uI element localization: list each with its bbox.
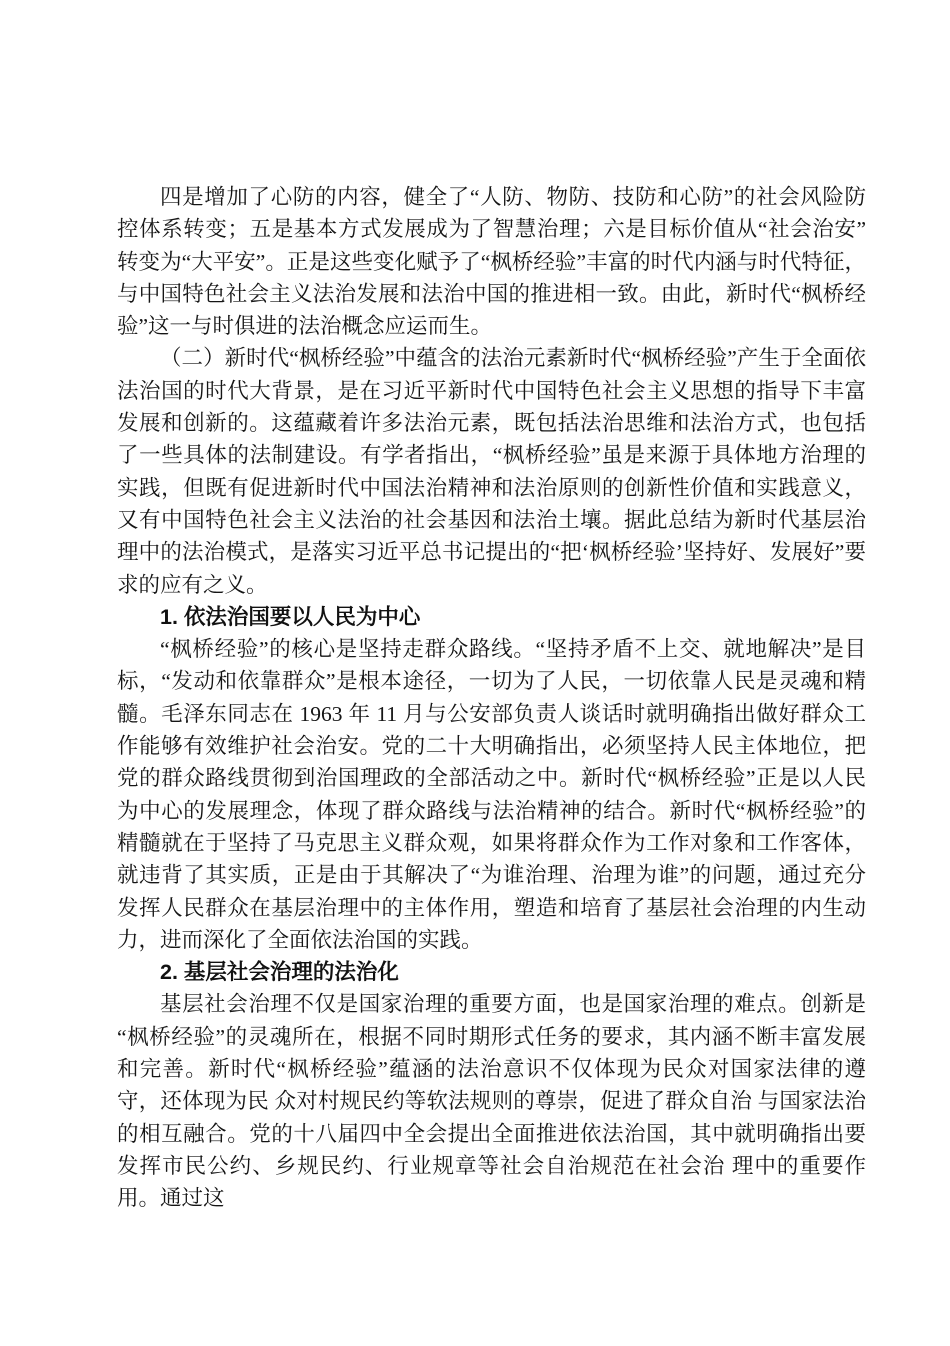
document-page: 四是增加了心防的内容，健全了“人防、物防、技防和心防”的社会风险防控体系转变；五… bbox=[0, 0, 950, 1346]
paragraph: “枫桥经验”的核心是坚持走群众路线。“坚持矛盾不上交、就地解决”是目标，“发动和… bbox=[117, 633, 866, 956]
section-heading: 2. 基层社会治理的法治化 bbox=[117, 956, 866, 988]
section-heading: 1. 依法治国要以人民为中心 bbox=[117, 601, 866, 633]
document-body: 四是增加了心防的内容，健全了“人防、物防、技防和心防”的社会风险防控体系转变；五… bbox=[117, 181, 866, 1215]
paragraph: （二）新时代“枫桥经验”中蕴含的法治元素新时代“枫桥经验”产生于全面依法治国的时… bbox=[117, 342, 866, 600]
paragraph: 四是增加了心防的内容，健全了“人防、物防、技防和心防”的社会风险防控体系转变；五… bbox=[117, 181, 866, 342]
paragraph: 基层社会治理不仅是国家治理的重要方面，也是国家治理的难点。创新是“枫桥经验”的灵… bbox=[117, 988, 866, 1214]
